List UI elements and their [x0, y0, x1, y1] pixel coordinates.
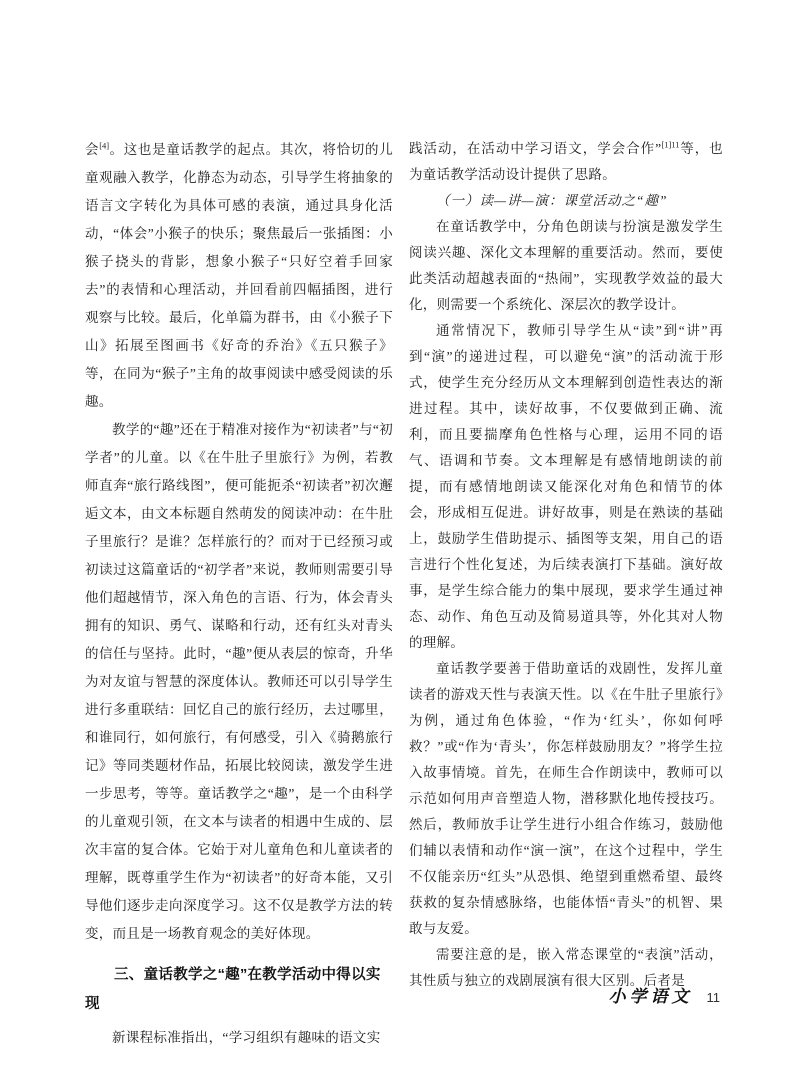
body-paragraph: 通常情况下，教师引导学生从“读”到“讲”再到“演”的递进过程，可以避免“演”的活… [409, 318, 723, 656]
subsection-heading: （一）读—讲—演：课堂活动之“趣” [409, 188, 723, 214]
article-body: 会[4]。这也是童话教学的起点。其次，将恰切的儿童观融入教学，化静态为动态，引导… [85, 136, 723, 1052]
reference-superscript: [4] [99, 141, 109, 151]
section-heading: 三、童话教学之“趣”在教学活动中得以实现 [85, 961, 393, 1019]
continued-paragraph: 践活动，在活动中学习语文，学会合作”[1]11等，也为童话教学活动设计提供了思路… [409, 136, 723, 188]
paragraph-text: 践活动，在活动中学习语文，学会合作” [409, 141, 661, 156]
reference-superscript: [1]11 [661, 140, 679, 150]
body-paragraph: 童话教学要善于借助童话的戏剧性，发挥儿童读者的游戏天性与表演天性。以《在牛肚子里… [409, 656, 723, 942]
continued-paragraph: 会[4]。这也是童话教学的起点。其次，将恰切的儿童观融入教学，化静态为动态，引导… [85, 136, 393, 416]
left-column: 会[4]。这也是童话教学的起点。其次，将恰切的儿童观融入教学，化静态为动态，引导… [85, 136, 393, 1052]
journal-page: 会[4]。这也是童话教学的起点。其次，将恰切的儿童观融入教学，化静态为动态，引导… [0, 0, 800, 1077]
body-paragraph: 在童话教学中，分角色朗读与扮演是激发学生阅读兴趣、深化文本理解的重要活动。然而，… [409, 214, 723, 318]
right-column: 践活动，在活动中学习语文，学会合作”[1]11等，也为童话教学活动设计提供了思路… [409, 136, 723, 1052]
page-number: 11 [707, 990, 721, 1005]
paragraph-text: 。这也是童话教学的起点。其次，将恰切的儿童观融入教学，化静态为动态，引导学生将抽… [85, 142, 393, 409]
body-paragraph: 新课程标准指出，“学习组织有趣味的语文实 [85, 1024, 393, 1052]
body-paragraph: 教学的“趣”还在于精准对接作为“初读者”与“初学者”的儿童。以《在牛肚子里旅行》… [85, 416, 393, 948]
paragraph-text: 会 [85, 142, 99, 157]
page-footer: 小学语文 11 [609, 982, 721, 1007]
journal-name: 小学语文 [609, 982, 693, 1007]
